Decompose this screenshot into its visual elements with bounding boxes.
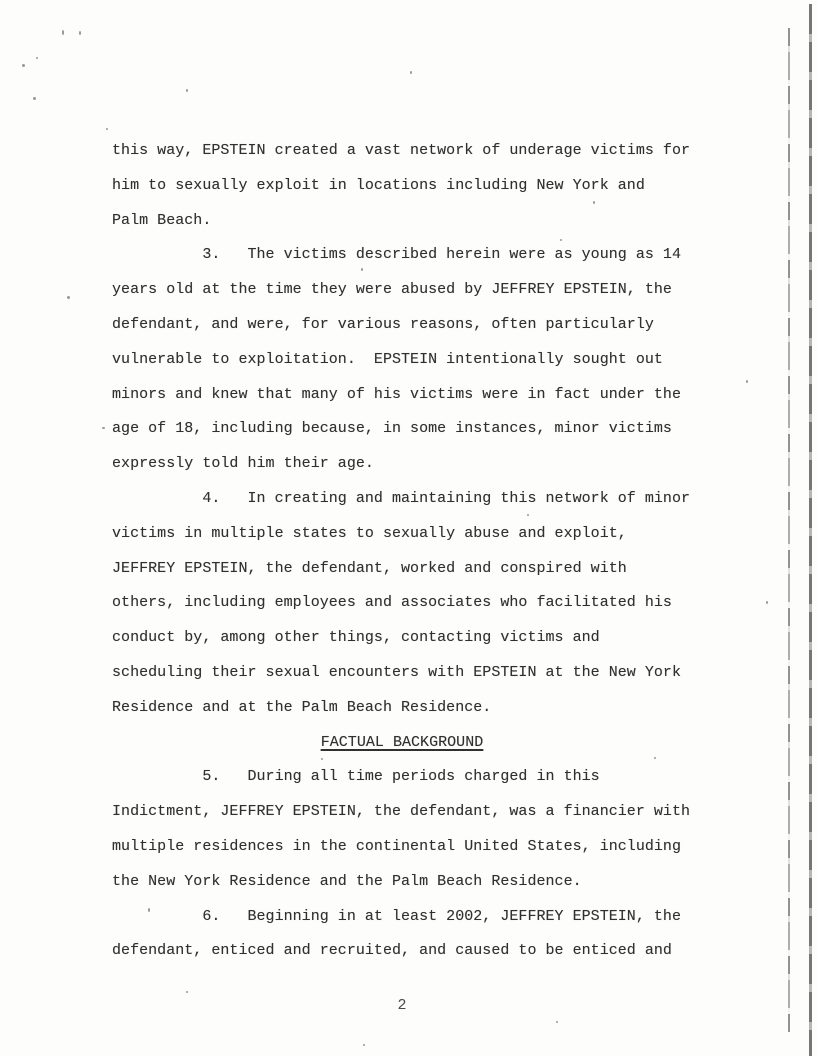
scan-speckle xyxy=(766,601,768,604)
document-line: minors and knew that many of his victims… xyxy=(112,378,692,413)
scan-speckle xyxy=(102,427,105,429)
scan-speckle xyxy=(106,128,108,130)
document-line: years old at the time they were abused b… xyxy=(112,273,692,308)
scan-speckle xyxy=(527,514,529,516)
document-line: JEFFREY EPSTEIN, the defendant, worked a… xyxy=(112,552,692,587)
document-line: 4. In creating and maintaining this netw… xyxy=(112,482,692,517)
scan-speckle xyxy=(321,758,323,760)
document-text: this way, EPSTEIN created a vast network… xyxy=(112,134,692,969)
scan-speckle xyxy=(186,991,188,993)
scan-speckle xyxy=(361,268,363,271)
scan-edge-line-inner xyxy=(788,28,790,1032)
scan-speckle xyxy=(746,380,748,383)
document-line: others, including employees and associat… xyxy=(112,586,692,621)
scan-speckle xyxy=(79,31,81,35)
document-line: scheduling their sexual encounters with … xyxy=(112,656,692,691)
scan-speckle xyxy=(62,30,64,35)
document-line: 6. Beginning in at least 2002, JEFFREY E… xyxy=(112,900,692,935)
document-line: victims in multiple states to sexually a… xyxy=(112,517,692,552)
scan-speckle xyxy=(654,757,656,759)
document-line: Residence and at the Palm Beach Residenc… xyxy=(112,691,692,726)
document-line: defendant, and were, for various reasons… xyxy=(112,308,692,343)
document-line: age of 18, including because, in some in… xyxy=(112,412,692,447)
document-line: him to sexually exploit in locations inc… xyxy=(112,169,692,204)
scan-speckle xyxy=(363,1044,365,1046)
scan-speckle xyxy=(593,201,595,204)
document-line: defendant, enticed and recruited, and ca… xyxy=(112,934,692,969)
scan-speckle xyxy=(560,239,562,241)
section-heading: FACTUAL BACKGROUND xyxy=(112,726,692,761)
document-line: this way, EPSTEIN created a vast network… xyxy=(112,134,692,169)
scan-speckle xyxy=(148,908,150,912)
document-line: multiple residences in the continental U… xyxy=(112,830,692,865)
scan-speckle xyxy=(36,57,38,59)
document-line: 5. During all time periods charged in th… xyxy=(112,760,692,795)
scan-speckle xyxy=(410,71,412,74)
document-line: expressly told him their age. xyxy=(112,447,692,482)
document-line: the New York Residence and the Palm Beac… xyxy=(112,865,692,900)
scan-edge-line-outer xyxy=(809,4,812,1056)
scan-speckle xyxy=(556,1021,558,1023)
document-page: this way, EPSTEIN created a vast network… xyxy=(0,0,817,1056)
scan-speckle xyxy=(67,296,70,299)
document-line: conduct by, among other things, contacti… xyxy=(112,621,692,656)
scan-speckle xyxy=(186,89,188,92)
scan-speckle xyxy=(33,97,36,100)
document-line: Palm Beach. xyxy=(112,204,692,239)
document-line: vulnerable to exploitation. EPSTEIN inte… xyxy=(112,343,692,378)
page-number: 2 xyxy=(112,988,692,1023)
scan-speckle xyxy=(22,64,25,67)
document-line: Indictment, JEFFREY EPSTEIN, the defenda… xyxy=(112,795,692,830)
document-line: 3. The victims described herein were as … xyxy=(112,238,692,273)
